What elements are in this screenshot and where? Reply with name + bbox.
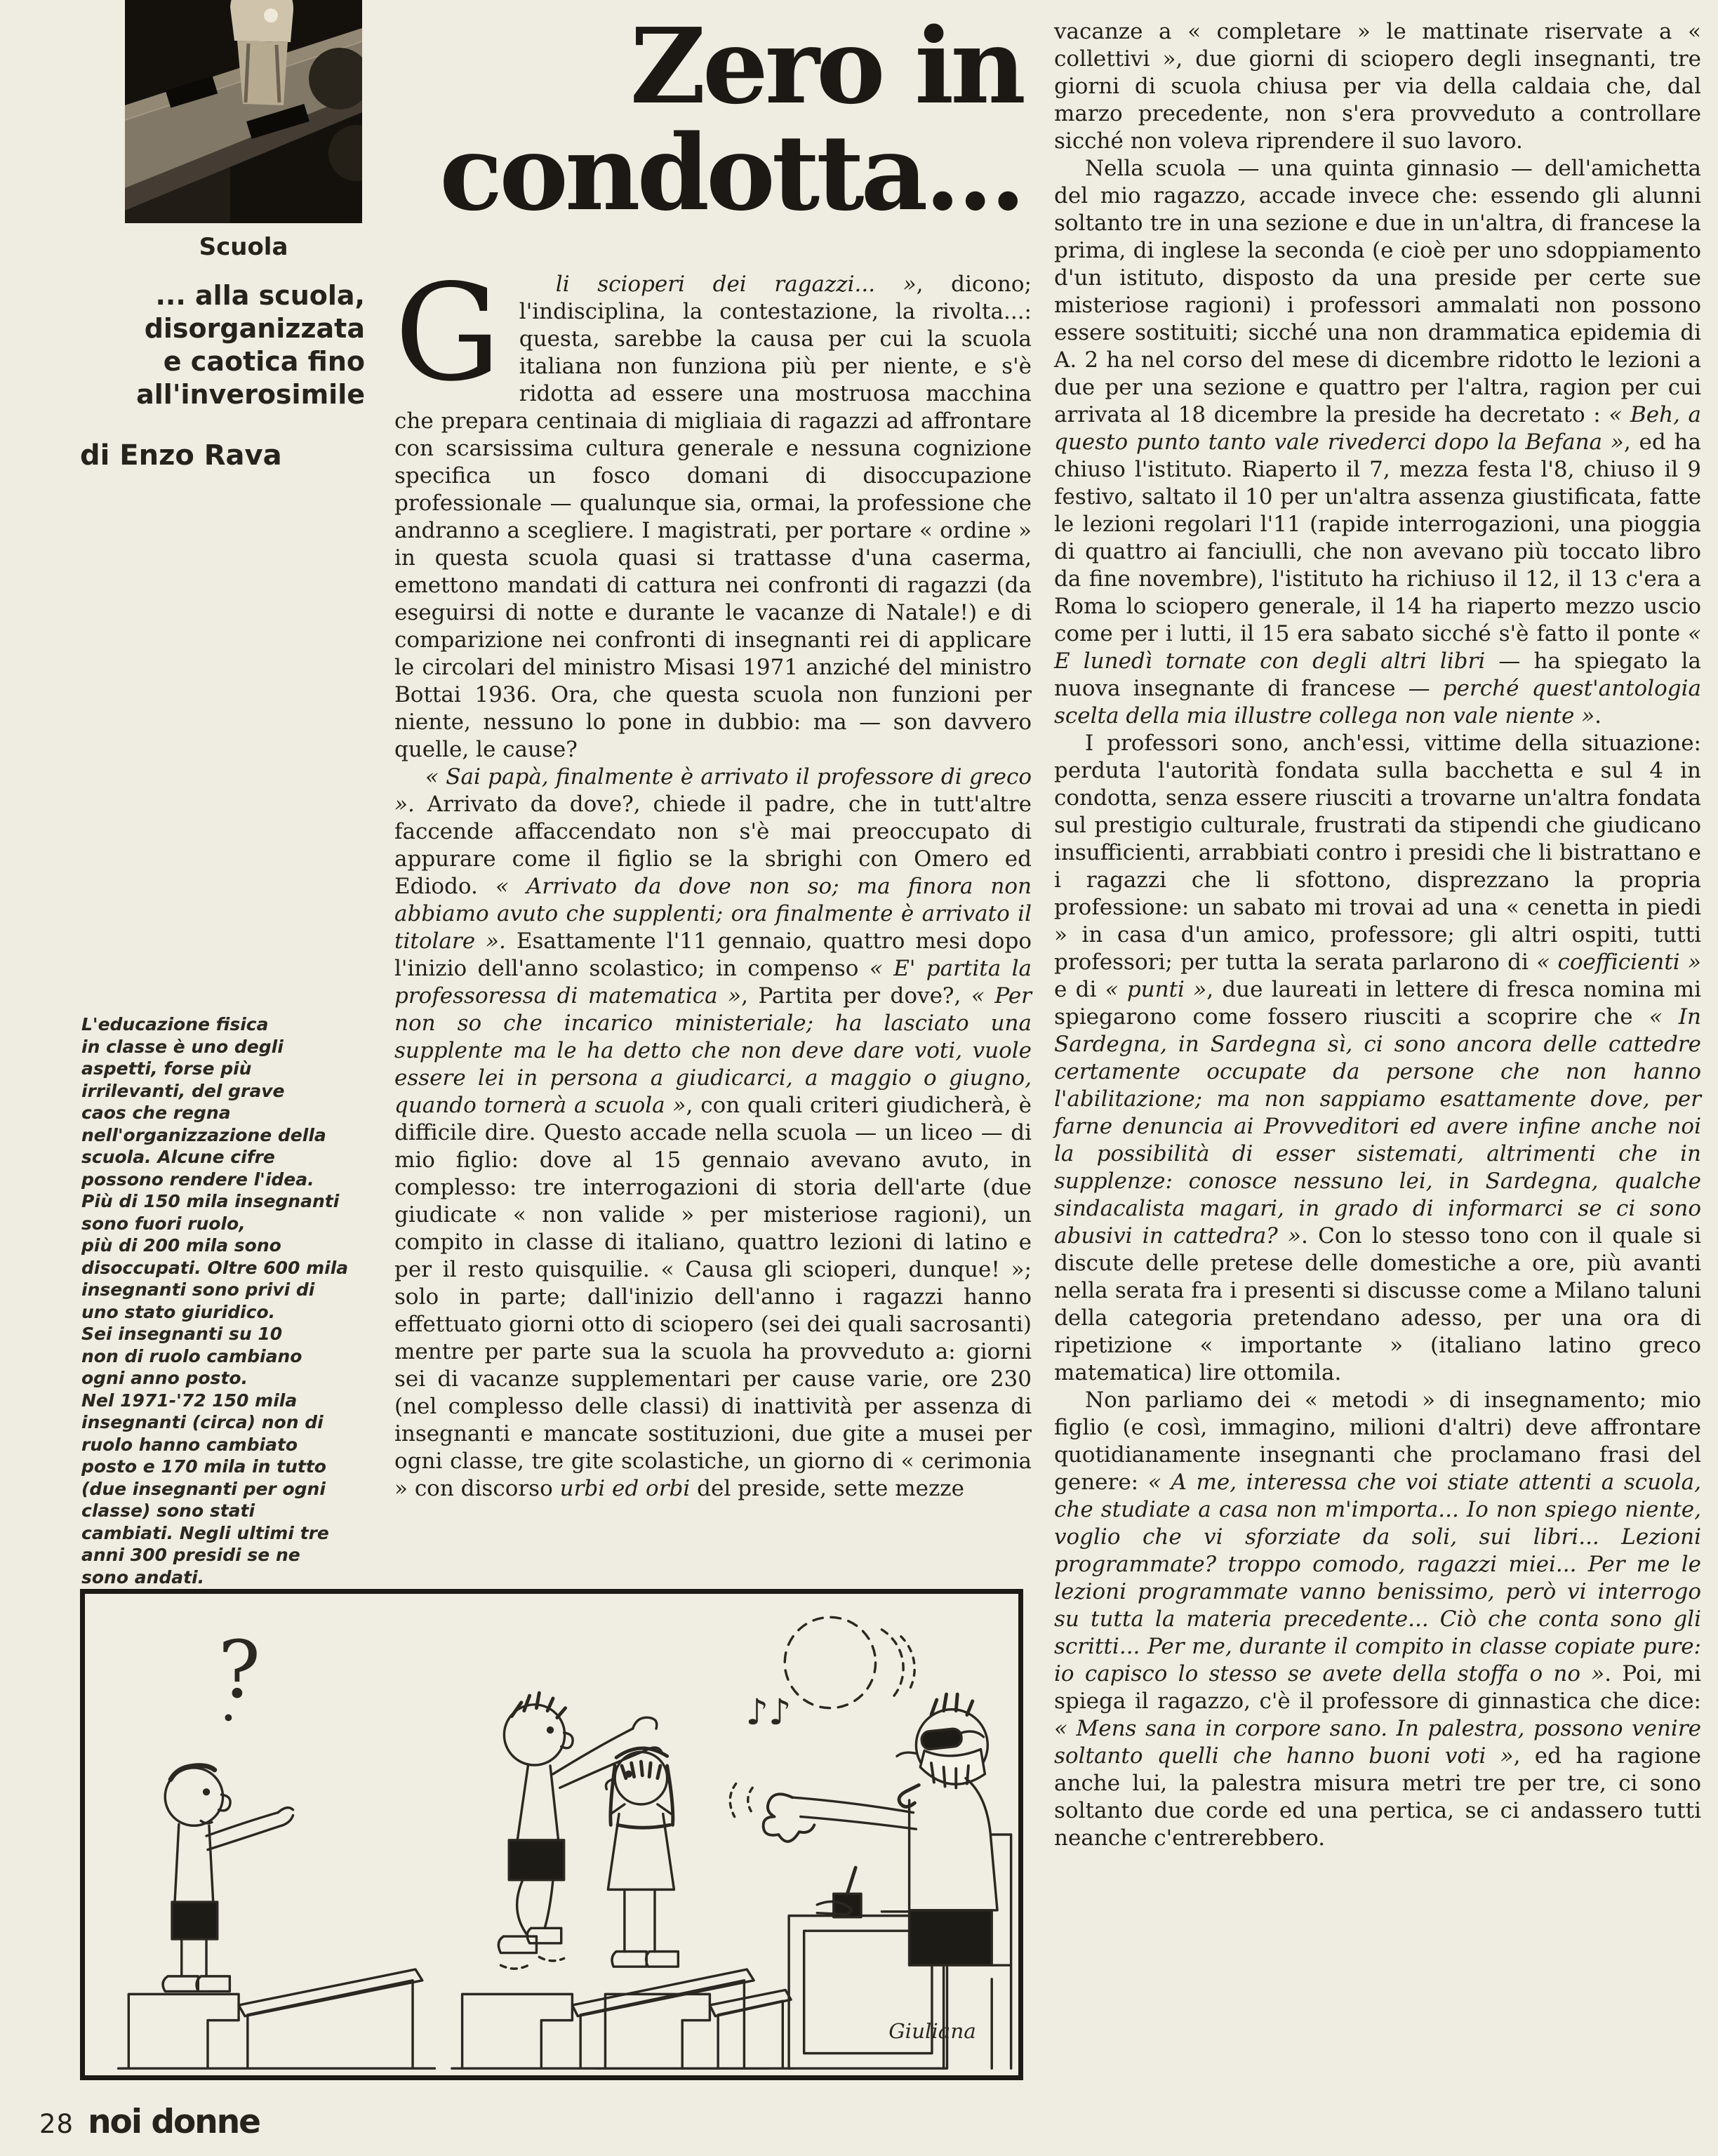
text-line: ogni anno posto.: [81, 1367, 394, 1390]
ball: [785, 1617, 914, 1708]
text-line: posto e 170 mila in tutto: [81, 1456, 394, 1478]
text-line: possono rendere l'idea.: [81, 1169, 394, 1191]
text-line: sono fuori ruolo,: [81, 1213, 394, 1235]
article-paragraph: Non parliamo dei « metodi » di insegname…: [1054, 1387, 1701, 1852]
quoted-italic-text: urbi ed orbi: [560, 1476, 691, 1501]
body-text: e di: [1054, 977, 1105, 1002]
text-line: classe) sono stati: [81, 1500, 394, 1522]
text-line: aspetti, forse più: [81, 1058, 394, 1080]
magazine-page: Scuola Zero in condotta... ... alla scuo…: [0, 0, 1718, 2156]
statistics-sidebar: L'educazione fisicain classe è uno degli…: [81, 1013, 394, 1588]
standfirst: ... alla scuola,disorganizzatae caotica …: [79, 279, 365, 411]
question-mark: ?: [218, 1623, 260, 1716]
text-line: non di ruolo cambiano: [81, 1345, 394, 1368]
body-text: , con quali criteri giudicherà, è diffic…: [394, 1093, 1032, 1501]
school-desk-2: [452, 1969, 768, 2068]
school-desk-photo: [125, 0, 362, 223]
text-line: caos che regna: [81, 1102, 394, 1124]
text-line: disoccupati. Oltre 600 mila: [81, 1257, 394, 1279]
text-line: nell'organizzazione della: [81, 1124, 394, 1147]
school-desk-3: [597, 1990, 792, 2068]
article-paragraph: Nella scuola — una quinta ginnasio — del…: [1054, 155, 1701, 730]
byline: di Enzo Rava: [80, 439, 282, 472]
article-paragraph: « Sai papà, finalmente è arrivato il pro…: [394, 764, 1032, 1503]
girl-standing: [606, 1748, 678, 1967]
body-text: Nella scuola — una quinta ginnasio — del…: [1054, 156, 1701, 427]
text-line: sono andati.: [81, 1566, 394, 1589]
school-desk-photo-art: [125, 0, 362, 223]
quoted-italic-text: « punti »: [1105, 977, 1207, 1002]
text-line: anni 300 presidi se ne: [81, 1544, 394, 1566]
article-paragraph: I professori sono, anch'essi, vittime de…: [1054, 730, 1701, 1387]
quoted-italic-text: « A me, interessa che voi stiate attenti…: [1054, 1470, 1701, 1686]
page-number: 28: [39, 2109, 74, 2139]
text-line: cambiati. Negli ultimi tre: [81, 1522, 394, 1545]
text-line: all'inverosimile: [79, 378, 365, 411]
body-text: , ed ha chiuso l'istituto. Riaperto il 7…: [1054, 430, 1701, 646]
article-title: Zero in condotta...: [382, 13, 1023, 226]
text-line: più di 200 mila sono: [81, 1235, 394, 1257]
text-line: ruolo hanno cambiato: [81, 1434, 394, 1456]
article-column-2: vacanze a « completare » le mattinate ri…: [1054, 18, 1701, 1852]
boy-standing: [163, 1766, 293, 1992]
whistle-notes: ♪♪: [745, 1692, 791, 1734]
text-line: insegnanti sono privi di: [81, 1279, 394, 1301]
cartoonist-signature: Giuliana: [888, 2019, 976, 2043]
classroom-cartoon-art: ?: [85, 1594, 1018, 2075]
text-line: Sei insegnanti su 10: [81, 1323, 394, 1345]
text-line: ... alla scuola,: [79, 279, 365, 312]
quoted-italic-text: « coefficienti »: [1536, 950, 1701, 975]
boy-jumping: [498, 1693, 661, 1969]
quoted-italic-text: li scioperi dei ragazzi... »: [556, 272, 917, 297]
text-line: L'educazione fisica: [81, 1013, 394, 1036]
text-line: Nel 1971-'72 150 mila: [81, 1390, 394, 1412]
dropcap: G: [394, 271, 519, 389]
body-text: del preside, sette mezze: [690, 1476, 964, 1501]
teacher: [730, 1694, 1011, 2068]
article-column-1: G li scioperi dei ragazzi... », dicono; …: [394, 271, 1032, 1503]
text-line: uno stato giuridico.: [81, 1301, 394, 1324]
text-line: insegnanti (circa) non di: [81, 1411, 394, 1434]
text-line: Più di 150 mila insegnanti: [81, 1190, 394, 1213]
quoted-italic-text: « In Sardegna, in Sardegna sì, ci sono a…: [1054, 1004, 1701, 1249]
body-text: vacanze a « completare » le mattinate ri…: [1054, 19, 1701, 154]
body-text: .: [1594, 703, 1602, 728]
text-line: disorganizzata: [79, 312, 365, 345]
school-desk-1: [119, 1969, 435, 2068]
magazine-logo: noi donne: [88, 2103, 260, 2141]
text-line: irrilevanti, del grave: [81, 1080, 394, 1103]
section-kicker: Scuola: [125, 233, 362, 261]
article-title-line1: Zero in: [382, 13, 1023, 119]
text-line: e caotica fino: [79, 345, 365, 378]
text-line: in classe è uno degli: [81, 1036, 394, 1058]
text-line: (due insegnanti per ogni: [81, 1478, 394, 1500]
body-text: I professori sono, anch'essi, vittime de…: [1054, 731, 1701, 975]
page-footer: 28 noi donne: [39, 2103, 260, 2141]
classroom-cartoon: ?: [80, 1589, 1023, 2080]
article-paragraph: vacanze a « completare » le mattinate ri…: [1054, 18, 1701, 155]
body-text: , Partita per dove?,: [741, 983, 971, 1009]
text-line: scuola. Alcune cifre: [81, 1146, 394, 1169]
article-title-line2: condotta...: [382, 119, 1023, 226]
